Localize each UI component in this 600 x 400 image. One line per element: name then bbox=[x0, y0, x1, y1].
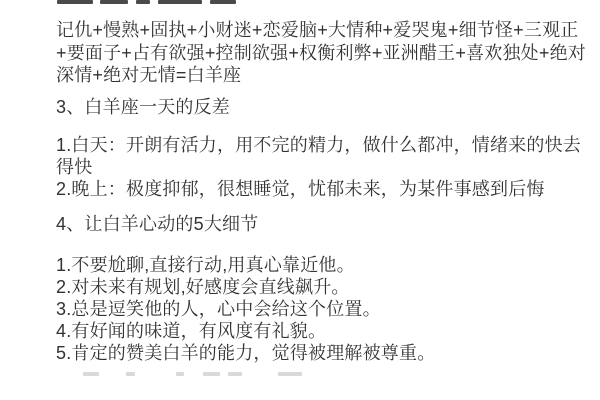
section-4-list-item: 3.总是逗笑他的人，心中会给这个位置。 bbox=[56, 298, 562, 320]
section-4-list-item: 5.肯定的赞美白羊的能力，觉得被理解被尊重。 bbox=[56, 342, 562, 364]
section-3-line: 1.白天：开朗有活力，用不完的精力，做什么都冲，情绪来的快去 bbox=[56, 134, 562, 156]
article-page: 记仇+慢熟+固执+小财迷+恋爱脑+大情种+爱哭鬼+细节怪+三观正 +要面子+占有… bbox=[0, 0, 600, 400]
section-3-heading: 3、白羊座一天的反差 bbox=[56, 96, 562, 118]
intro-equation-line: +要面子+占有欲强+控制欲强+权衡利弊+亚洲醋王+喜欢独处+绝对 bbox=[56, 42, 562, 64]
section-4-heading: 4、让白羊心动的5大细节 bbox=[56, 213, 562, 235]
section-3-line: 2.晚上：极度抑郁，很想睡觉，忧郁未来，为某件事感到后悔 bbox=[56, 178, 562, 200]
intro-equation-line: 记仇+慢熟+固执+小财迷+恋爱脑+大情种+爱哭鬼+细节怪+三观正 bbox=[56, 19, 562, 41]
section-4-list-item: 2.对未来有规划,好感度会直线飙升。 bbox=[56, 276, 562, 298]
section-4-list-item: 1.不要尬聊,直接行动,用真心靠近他。 bbox=[56, 254, 562, 276]
intro-equation-line: 深情+绝对无情=白羊座 bbox=[56, 64, 562, 86]
top-cutoff-text-remnant bbox=[0, 0, 600, 5]
section-4-list-item: 4.有好闻的味道，有风度有礼貌。 bbox=[56, 320, 562, 342]
bottom-cutoff-text-remnant bbox=[0, 372, 600, 377]
section-3-line: 得快 bbox=[56, 156, 562, 178]
